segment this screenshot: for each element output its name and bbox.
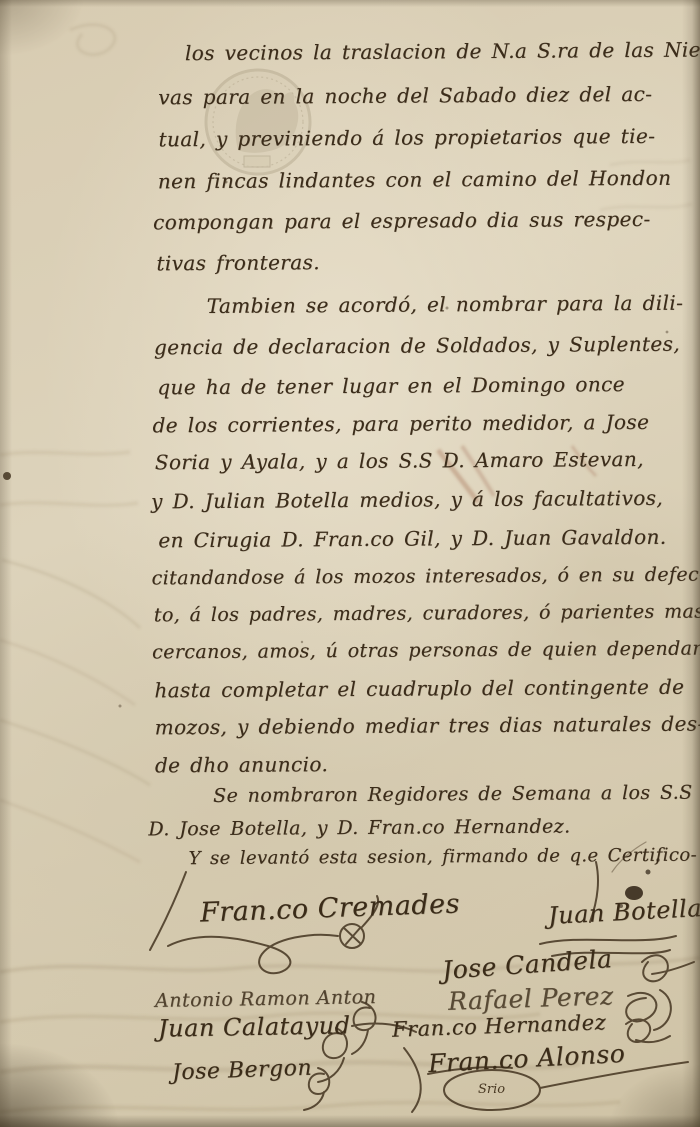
manuscript-line: gencia de declaracion de Soldados, y Sup… xyxy=(154,332,680,360)
manuscript-line: D. Jose Botella, y D. Fran.co Hernandez. xyxy=(148,815,570,840)
secretary-abbreviation: Srio xyxy=(478,1082,505,1097)
signature-juan-calatayud: Juan Calatayud xyxy=(158,1011,351,1042)
manuscript-line: en Cirugia D. Fran.co Gil, y D. Juan Gav… xyxy=(158,525,666,553)
signature-antonio-ramon-anton: Antonio Ramon Anton xyxy=(155,986,377,1012)
manuscript-line: Tambien se acordó, el nombrar para la di… xyxy=(207,291,684,318)
manuscript-line: de los corrientes, para perito medidor, … xyxy=(152,410,649,437)
manuscript-line: y D. Julian Botella medios, y á los facu… xyxy=(151,486,663,514)
manuscript-line: tual, y previniendo á los propietarios q… xyxy=(158,124,655,151)
manuscript-line: compongan para el espresado dia sus resp… xyxy=(153,207,651,234)
manuscript-line: tivas fronteras. xyxy=(156,250,320,275)
signature-jose-bergon: Jose Bergon xyxy=(172,1056,313,1086)
manuscript-line: Y se levantó esta sesion, firmando de q.… xyxy=(189,845,698,870)
manuscript-line: citandandose á los mozos interesados, ó … xyxy=(152,564,700,590)
manuscript-line: cercanos, amos, ú otras personas de quie… xyxy=(152,638,700,664)
manuscript-line: vas para en la noche del Sabado diez del… xyxy=(158,82,652,109)
manuscript-line: nen fincas lindantes con el camino del H… xyxy=(158,166,672,194)
manuscript-line: hasta completar el cuadruplo del conting… xyxy=(154,675,684,703)
manuscript-line: los vecinos la traslacion de N.a S.ra de… xyxy=(185,37,700,65)
manuscript-page: los vecinos la traslacion de N.a S.ra de… xyxy=(0,0,700,1127)
manuscript-line: mozos, y debiendo mediar tres dias natur… xyxy=(155,712,700,740)
manuscript-line: Se nombraron Regidores de Semana a los S… xyxy=(213,782,693,807)
manuscript-line: de dho anuncio. xyxy=(155,752,328,777)
manuscript-line: to, á los padres, madres, curadores, ó p… xyxy=(154,601,700,627)
manuscript-line: que ha de tener lugar en el Domingo once xyxy=(157,372,625,399)
manuscript-line: Soria y Ayala, y a los S.S D. Amaro Este… xyxy=(155,447,644,474)
